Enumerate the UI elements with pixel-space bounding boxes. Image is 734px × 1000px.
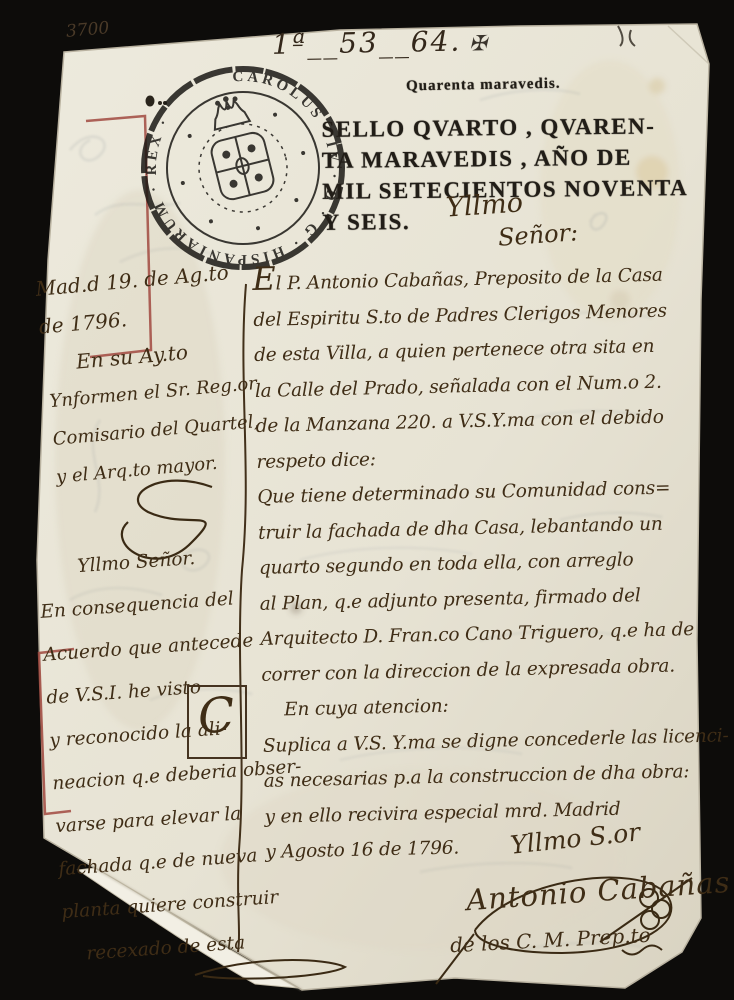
stain [649, 78, 665, 94]
salutation-senor: Señor: [497, 218, 579, 252]
maravedis-stamp: Quarenta maravedis. [406, 76, 561, 96]
folio-number: 3700 [65, 18, 110, 42]
cross-icon: ✠ [469, 31, 489, 55]
scanned-manuscript-page: CAROLUS · IV · D · G · HISPANIARUM · REX… [0, 0, 734, 1000]
margin-decree-note: Mad.d 19. de Ag.to de 1796. En su Ay.to … [34, 251, 268, 497]
c-letter-mark: C [196, 687, 237, 745]
docket-numbers: 1ª__53__64.✠ [272, 24, 489, 61]
sello-stamp-line: TA MARAVEDIS , AÑO DE [322, 141, 688, 176]
margin-report-note: Yllmo Señor. En consequencia del Acuerdo… [36, 533, 285, 977]
royal-seal-stamp: CAROLUS · IV · D · G · HISPANIARUM · REX… [134, 61, 352, 279]
docket-number-text: 1ª__53__64. [272, 25, 462, 61]
petition-body: El P. Antonio Cabañas, Preposito de la C… [252, 251, 734, 870]
sello-stamp-line: SELLO QVARTO , QVAREN- [321, 110, 687, 145]
salutation-yllmo: Yllmo [445, 187, 524, 223]
